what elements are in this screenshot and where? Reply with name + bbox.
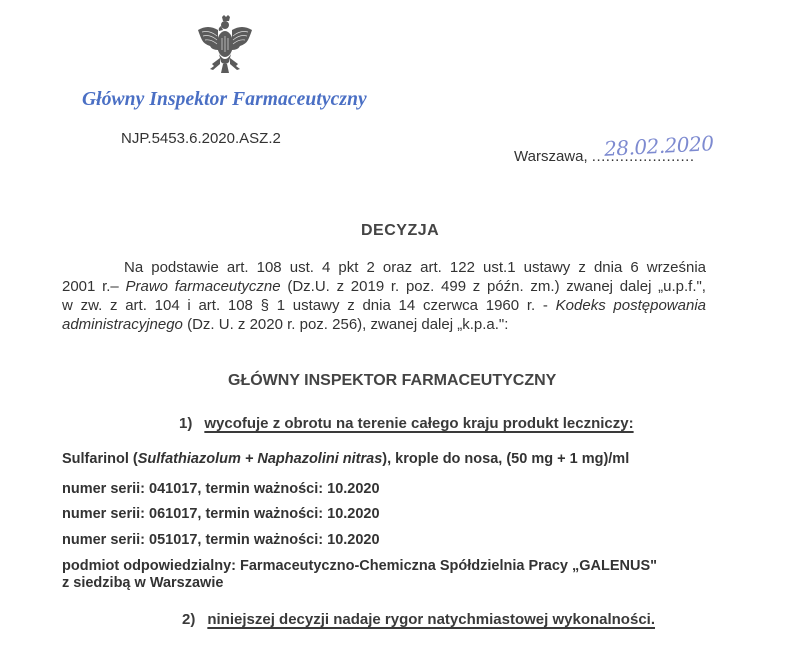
active-substances: Sulfathiazolum + Naphazolini nitras [138,451,383,467]
marketing-authorisation-holder: podmiot odpowiedzialny: Farmaceutyczno-C… [62,558,657,592]
text-segment: w zw. z art. 104 i art. 108 § 1 ustawy z… [62,297,556,314]
product-form-strength: ), krople do nosa, (50 mg + 1 mg)/ml [382,451,629,467]
batch-line: numer serii: 051017, termin ważności: 10… [62,532,380,548]
handwritten-date: 28.02.2020 [603,131,714,161]
document-title: DECYZJA [361,222,439,240]
point-text: wycofuje z obrotu na terenie całego kraj… [204,415,633,432]
batch-line: numer serii: 061017, termin ważności: 10… [62,506,380,522]
act-title: administracyjnego [62,316,183,333]
text-segment: 2001 r.– [62,278,126,295]
decision-point-1: 1)wycofuje z obrotu na terenie całego kr… [179,415,634,432]
batch-line: numer serii: 041017, termin ważności: 10… [62,481,380,497]
legal-basis-line: Na podstawie art. 108 ust. 4 pkt 2 oraz … [62,258,706,277]
issuing-authority-heading: GŁÓWNY INSPEKTOR FARMACEUTYCZNY [228,372,556,390]
text-segment: Na podstawie art. 108 ust. 4 pkt 2 oraz … [124,259,706,276]
act-title: Kodeks postępowania [556,297,706,314]
point-text: niniejszej decyzji nadaje rygor natychmi… [207,611,655,628]
decision-point-2: 2)niniejszej decyzji nadaje rygor natych… [182,611,655,628]
legal-basis-line: administracyjnego (Dz. U. z 2020 r. poz.… [62,315,706,334]
legal-basis-paragraph: Na podstawie art. 108 ust. 4 pkt 2 oraz … [62,258,706,334]
product-name: Sulfarinol ( [62,451,138,467]
holder-name: podmiot odpowiedzialny: Farmaceutyczno-C… [62,558,657,575]
holder-seat: z siedzibą w Warszawie [62,575,657,592]
organization-name: Główny Inspektor Farmaceutyczny [82,89,367,111]
place-label: Warszawa, [514,148,588,165]
act-title: Prawo farmaceutyczne [126,278,281,295]
polish-eagle-emblem-icon [194,14,256,76]
text-segment: (Dz.U. z 2019 r. poz. 499 z późn. zm.) z… [281,278,706,295]
legal-basis-line: 2001 r.– Prawo farmaceutyczne (Dz.U. z 2… [62,277,706,296]
legal-basis-line: w zw. z art. 104 i art. 108 § 1 ustawy z… [62,296,706,315]
text-segment: (Dz. U. z 2020 r. poz. 256), zwanej dale… [183,316,508,333]
reference-number: NJP.5453.6.2020.ASZ.2 [121,130,281,147]
product-description: Sulfarinol (Sulfathiazolum + Naphazolini… [62,451,629,467]
point-number: 1) [179,415,192,432]
point-number: 2) [182,611,195,628]
